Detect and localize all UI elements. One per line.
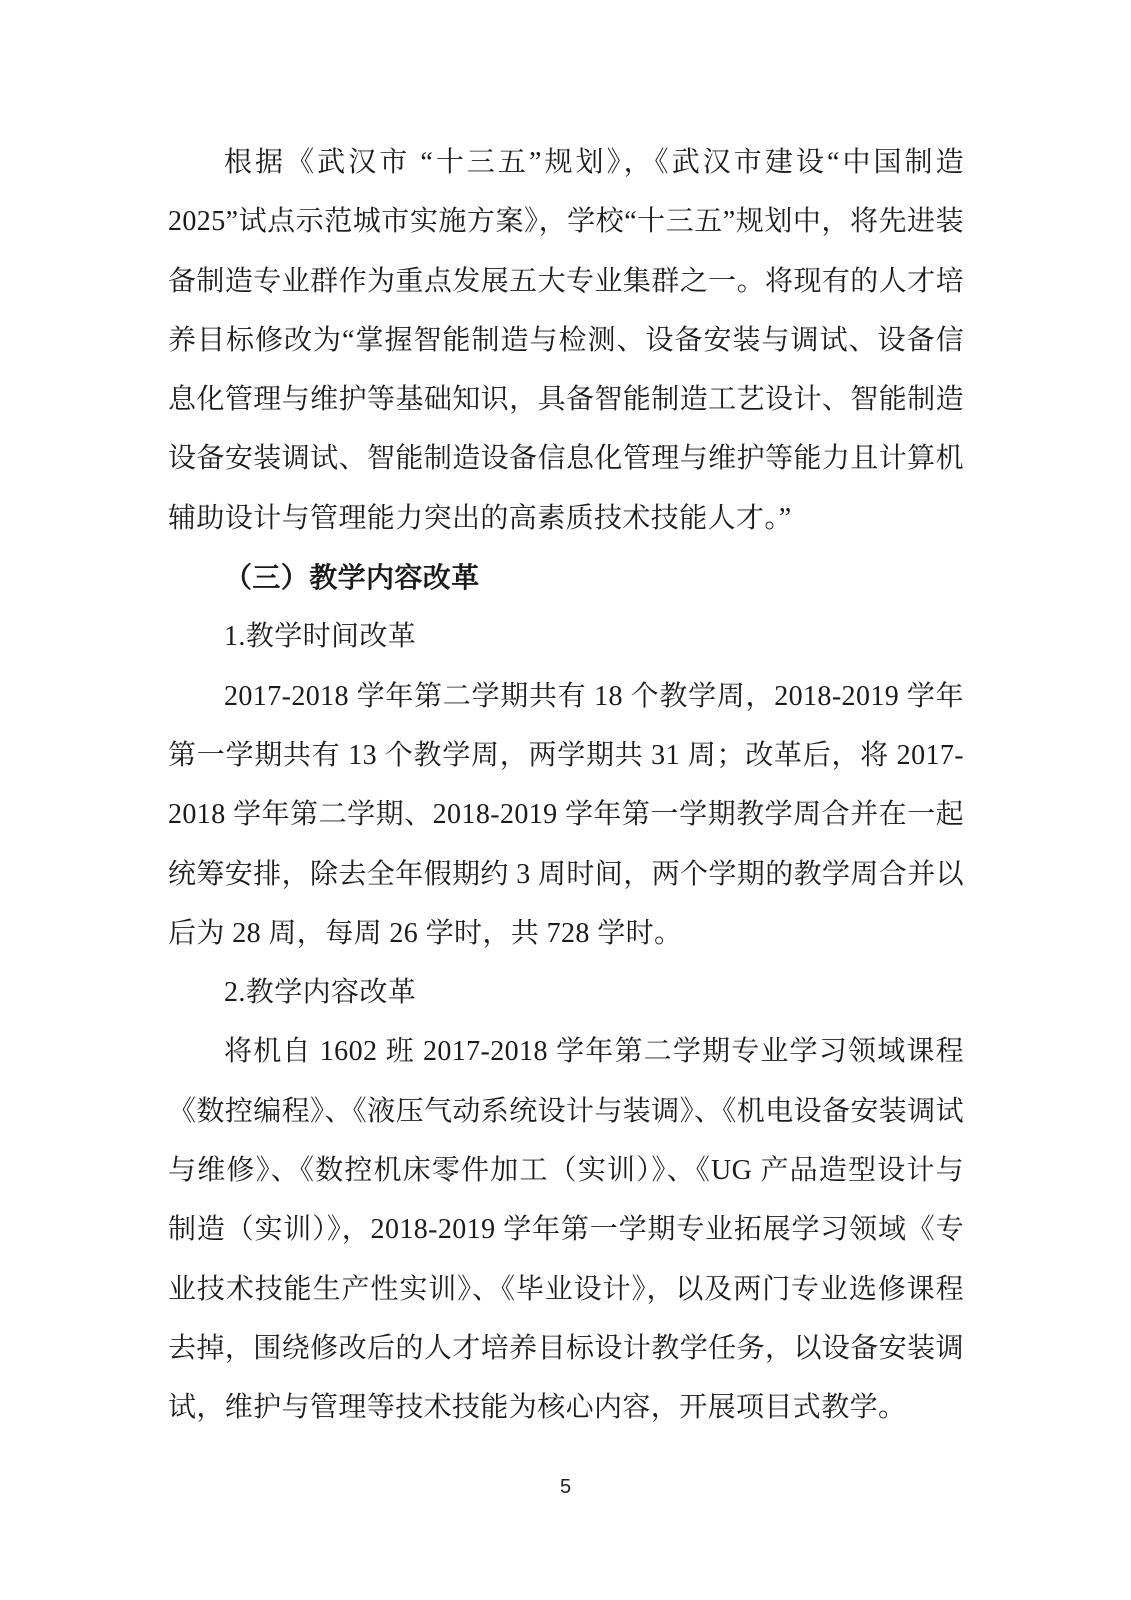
document-text-block: 根据《武汉市 “十三五”规划》，《武汉市建设“中国制造 2025”试点示范城市实… bbox=[168, 133, 964, 1438]
document-page: 根据《武汉市 “十三五”规划》，《武汉市建设“中国制造 2025”试点示范城市实… bbox=[0, 0, 1131, 1600]
page-number: 5 bbox=[0, 1473, 1131, 1501]
paragraph-training-goal: 根据《武汉市 “十三五”规划》，《武汉市建设“中国制造 2025”试点示范城市实… bbox=[168, 133, 964, 548]
section-heading-teaching-content-reform: （三）教学内容改革 bbox=[168, 548, 964, 607]
subheading-teaching-time-reform: 1.教学时间改革 bbox=[168, 607, 964, 666]
subheading-teaching-content-reform: 2.教学内容改革 bbox=[168, 963, 964, 1022]
paragraph-course-adjustment: 将机自 1602 班 2017-2018 学年第二学期专业学习领域课程《数控编程… bbox=[168, 1022, 964, 1437]
paragraph-teaching-weeks: 2017-2018 学年第二学期共有 18 个教学周，2018-2019 学年第… bbox=[168, 667, 964, 963]
